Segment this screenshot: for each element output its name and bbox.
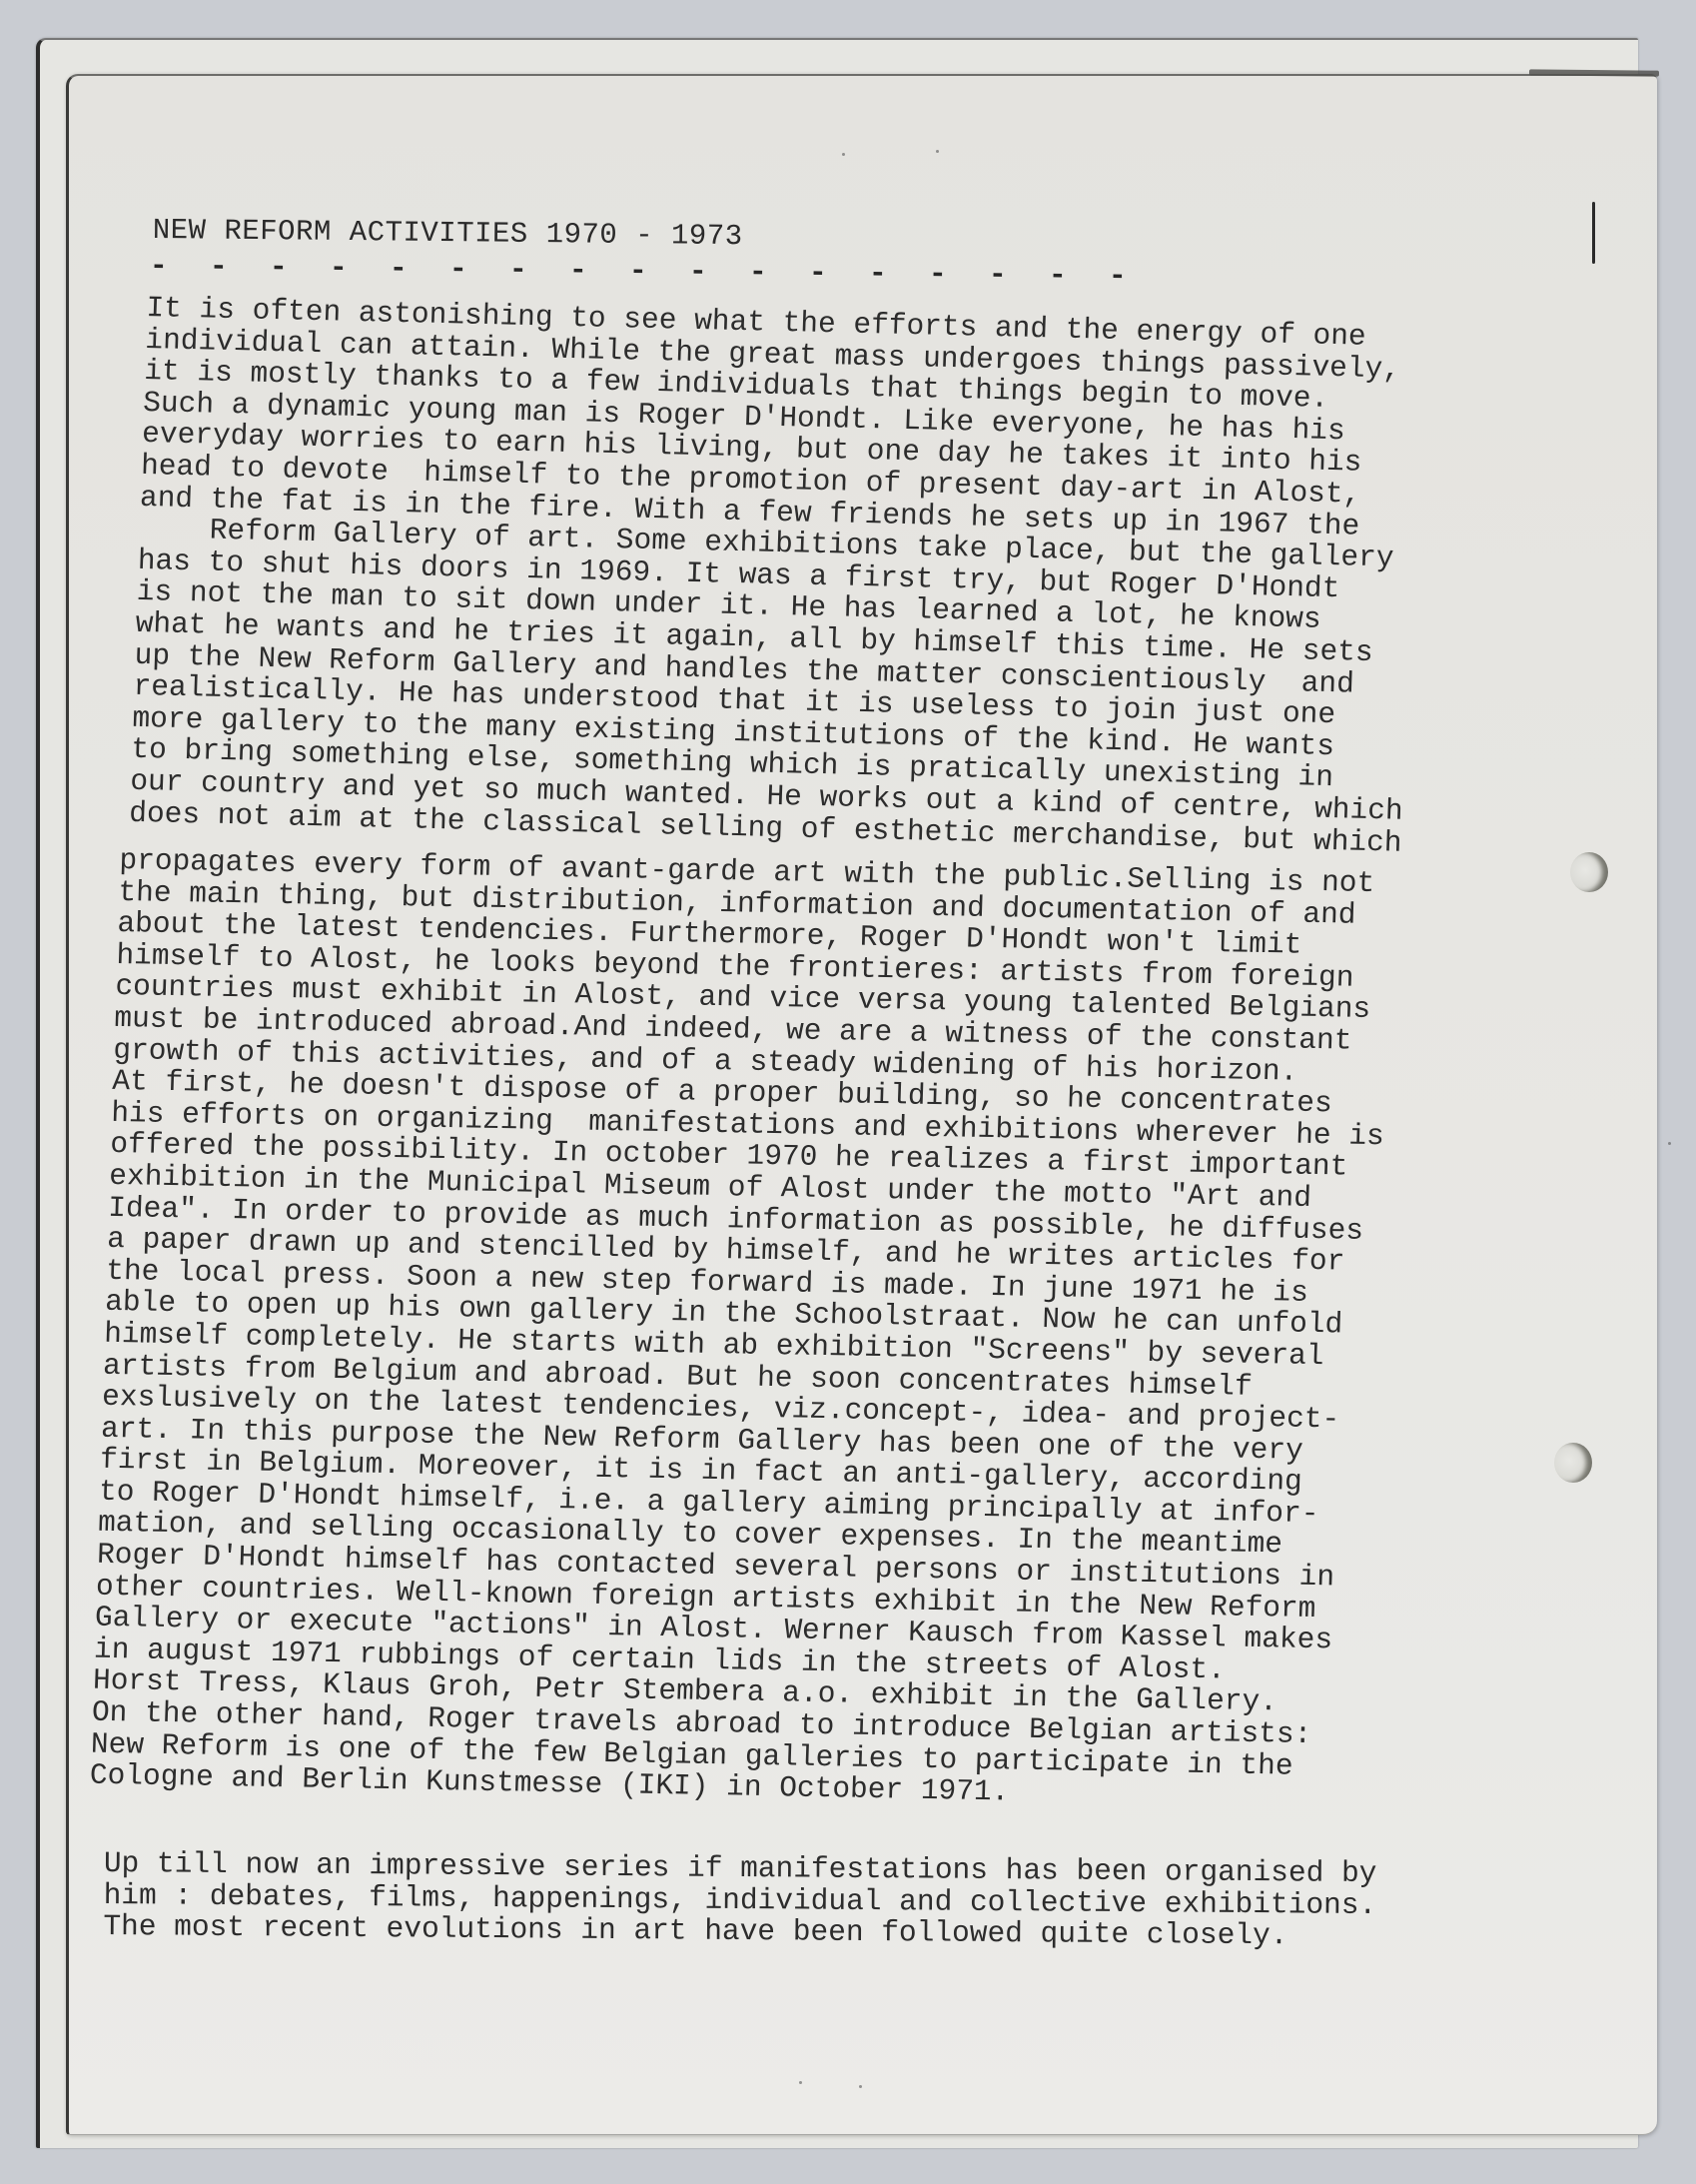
paragraph-1-part-a: It is often astonishing to see what the …	[129, 293, 1420, 859]
document-title: NEW REFORM ACTIVITIES 1970 - 1973	[153, 214, 743, 253]
text-line: The most recent evolutions in art have b…	[103, 1911, 1376, 1953]
title-underline: - - - - - - - - - - - - - - - - -	[150, 250, 1139, 294]
paragraph-1-part-b: propagates every form of avant-garde art…	[89, 845, 1392, 1815]
paragraph-2: Up till now an impressive series if mani…	[103, 1848, 1376, 1953]
typewritten-document: NEW REFORM ACTIVITIES 1970 - 1973 - - - …	[0, 0, 1696, 2184]
